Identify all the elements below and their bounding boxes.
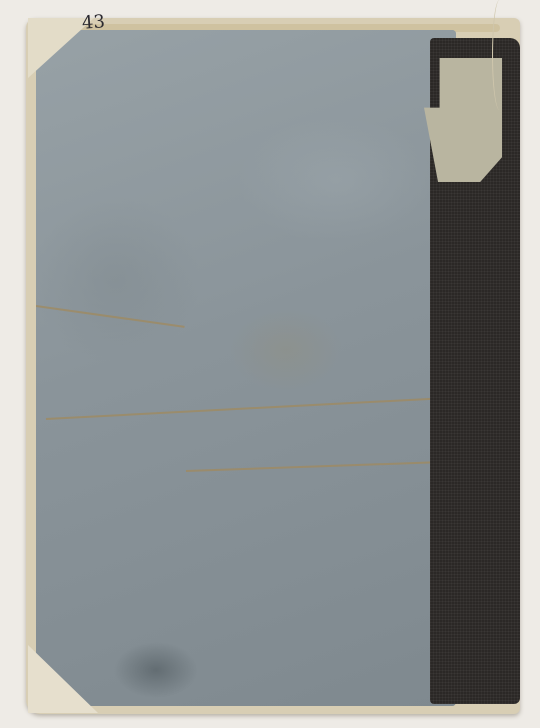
marbled-paper <box>36 30 456 706</box>
handwritten-number: 43 <box>81 11 105 34</box>
loose-thread <box>492 0 507 110</box>
book-photo: 43 <box>0 0 540 728</box>
cover-board <box>36 30 456 706</box>
